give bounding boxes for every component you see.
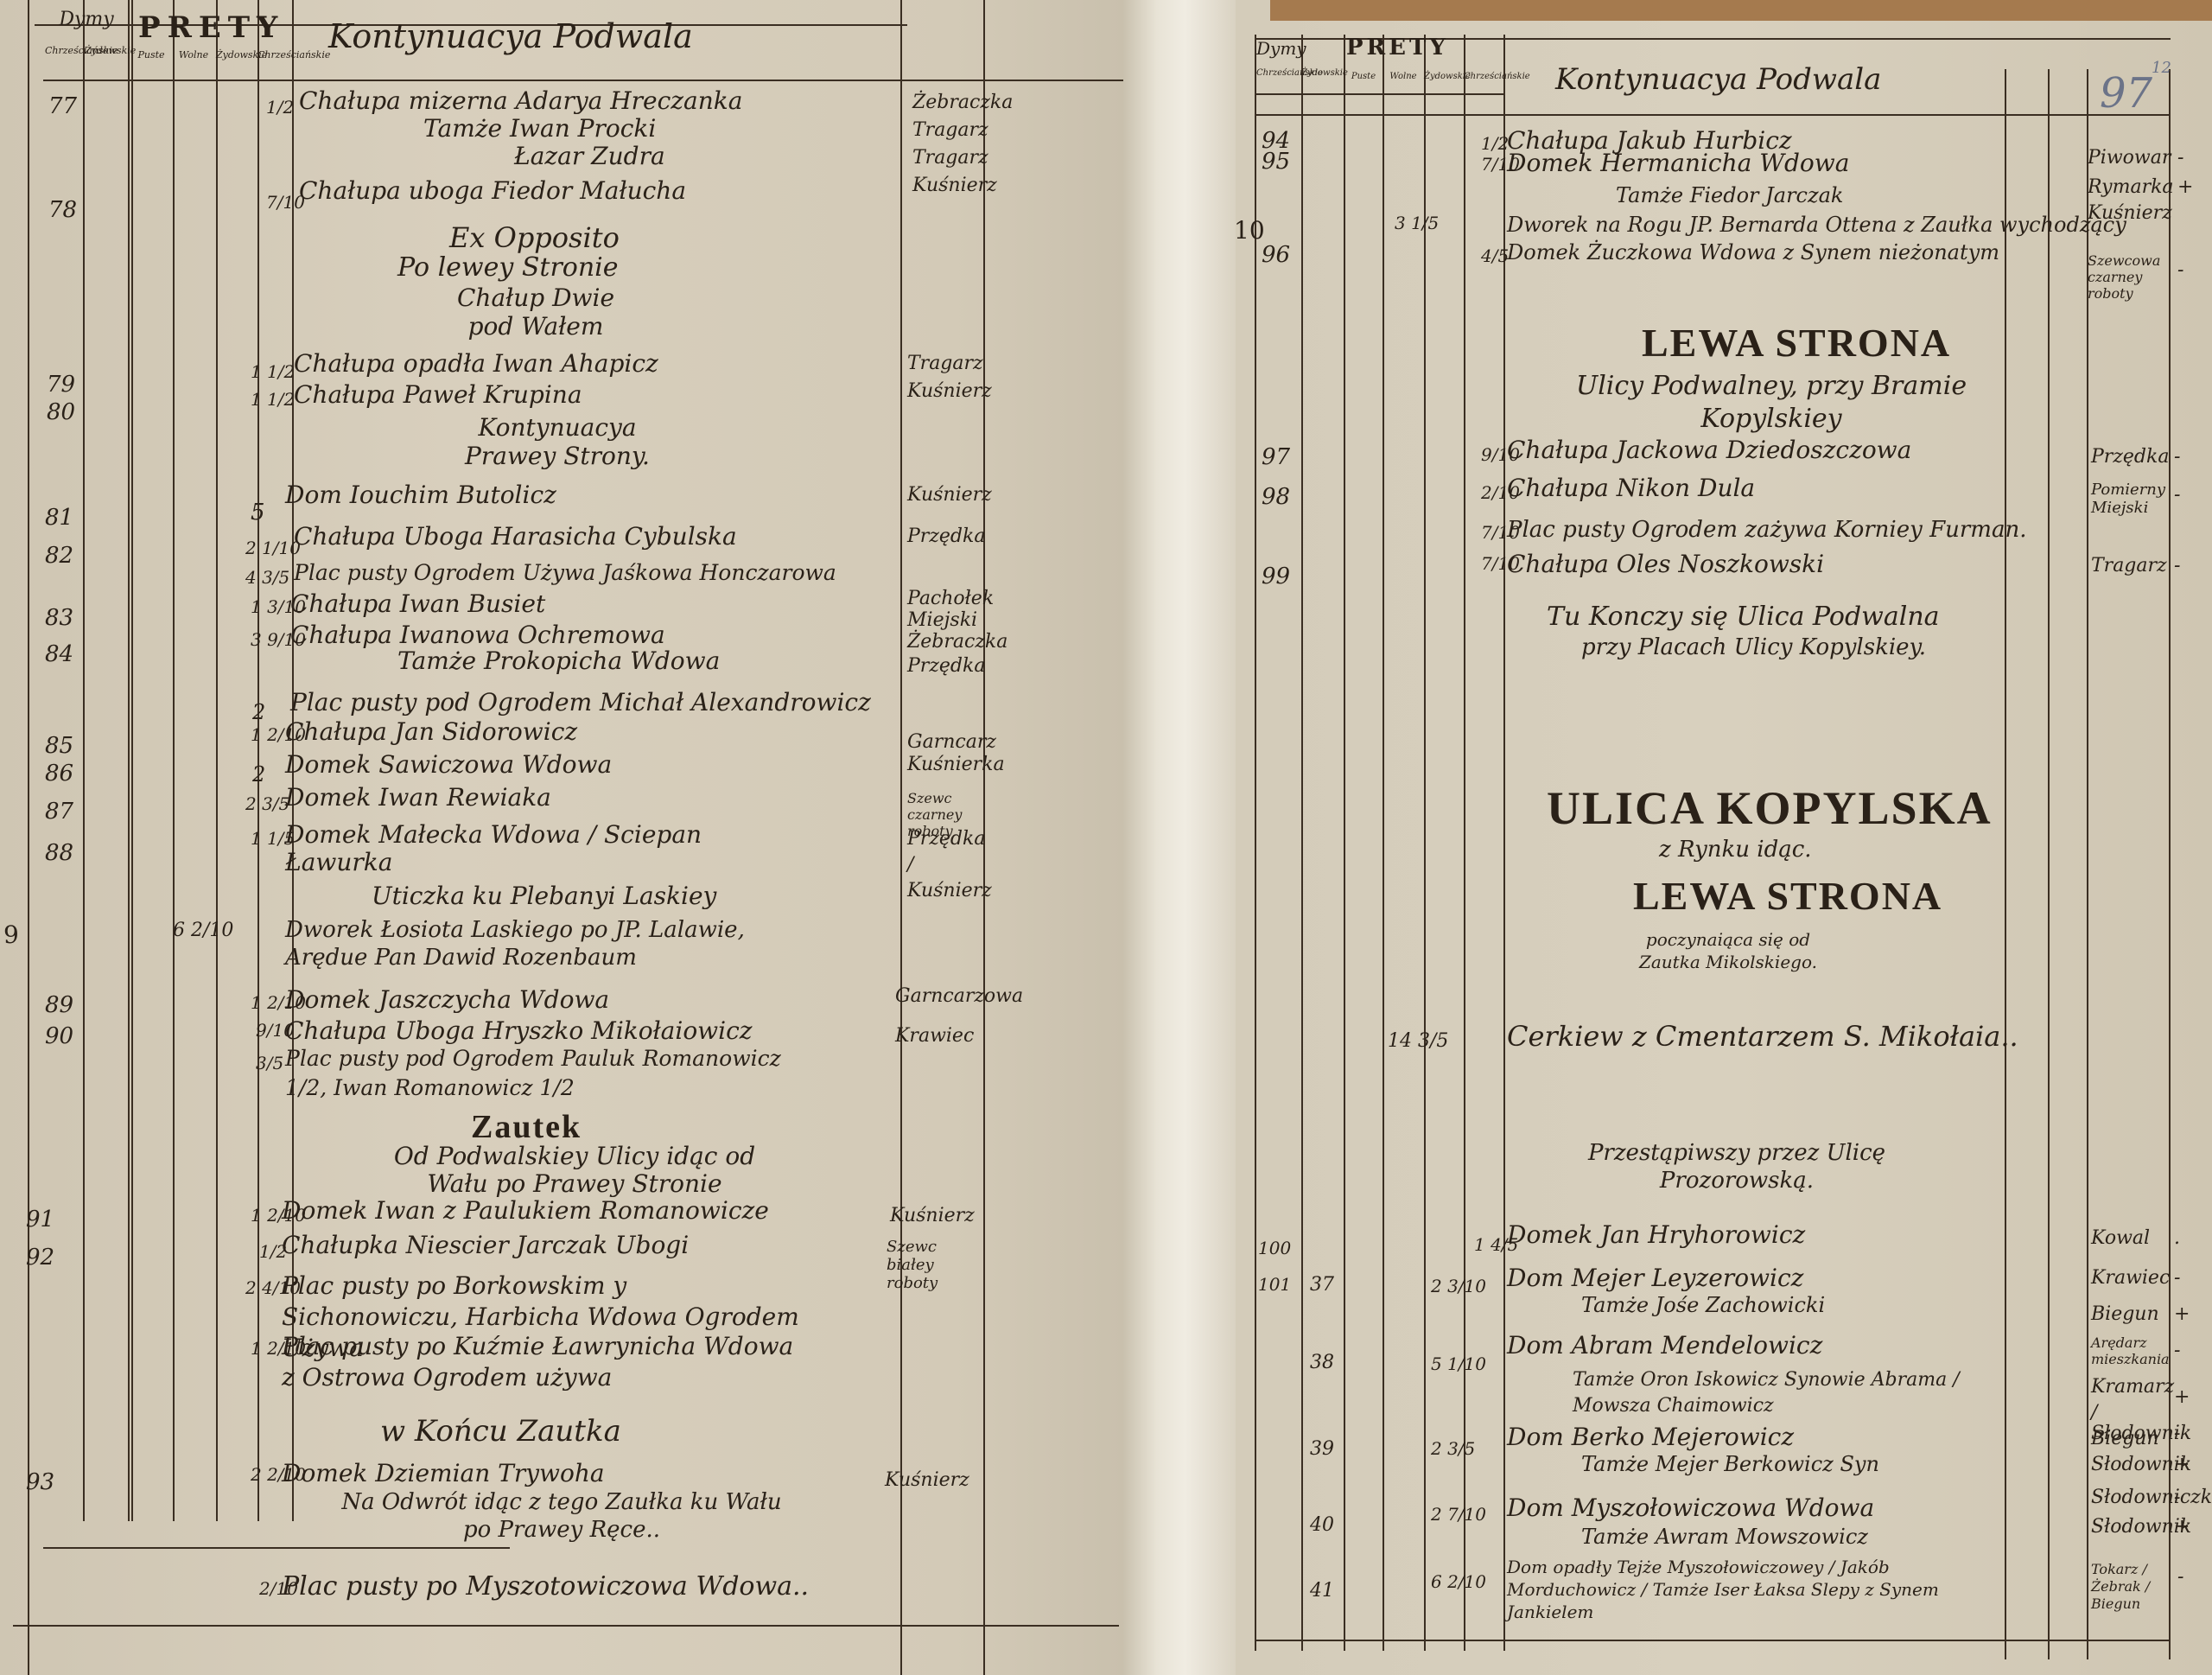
entry-text: Domek Jaszczycha Wdowa — [285, 985, 609, 1014]
prety-col-empty: Puste — [131, 48, 171, 62]
section-heading: poczynaiąca się od Zautka Mikolskiego. — [1633, 928, 1823, 973]
entry-text: Chałupa Paweł Krupina — [294, 380, 582, 409]
rule — [1301, 35, 1303, 1651]
jewish-area: 6 2/10 — [1431, 1571, 1486, 1592]
entry-text: Chałupa Jackowa Dziedoszczowa — [1507, 436, 1911, 464]
status-mark: - — [2174, 484, 2180, 506]
rule — [2087, 69, 2088, 1659]
occupation: Szewc białey roboty — [887, 1238, 973, 1292]
entry-text: Domek Iwan z Paulukiem Romanowicze — [282, 1196, 769, 1225]
rule — [43, 1547, 510, 1549]
occupation: Przędka — [907, 655, 985, 677]
occupation: Garncarz — [907, 731, 996, 753]
rule — [28, 0, 29, 1675]
status-mark: - — [2177, 259, 2183, 281]
house-number: 98 — [1262, 484, 1290, 510]
area-fraction: 4/5 — [1481, 245, 1509, 266]
section-heading: Ulicy Podwalney, przy Bramie Kopylskiey — [1564, 370, 1979, 436]
house-number: 90 — [45, 1023, 73, 1049]
folio-small: 12 — [2152, 59, 2171, 77]
house-number: 85 — [45, 733, 73, 759]
entry-text: Tamże Prokopicha Wdowa — [397, 646, 720, 675]
rule — [1255, 93, 1505, 95]
section-heading: Uticzka ku Plebanyi Laskiey — [372, 882, 716, 910]
section-heading: w Końcu Zautka — [380, 1414, 621, 1449]
rule — [900, 0, 902, 1675]
entry-text: Dom opadły Tejże Myszołowiczowey / Jakób… — [1507, 1556, 1999, 1623]
occupation: Tragarz — [912, 119, 988, 141]
entry-text: Tamże Iwan Procki — [423, 114, 656, 143]
occupation: Rymarka — [2088, 176, 2174, 198]
entry-text: Dom Mejer Leyzerowicz — [1507, 1264, 1803, 1292]
entry-text: Dom Berko Mejerowicz — [1507, 1423, 1794, 1451]
section-heading: Od Podwalskiey Ulicy idąc od Wału po Pra… — [372, 1143, 778, 1198]
occupation: Biegun — [2091, 1303, 2159, 1325]
folio-number: 97 — [2100, 69, 2152, 118]
entry-text: Tamże Awram Mowszowicz — [1581, 1525, 1868, 1549]
status-mark: - — [2174, 1267, 2180, 1289]
prety-col-christian: Chrześciańskie — [257, 48, 292, 62]
entry-text: Plac pusty Ogrodem Używa Jaśkowa Honczar… — [294, 560, 836, 585]
section-heading: Po lewey Stronie — [397, 252, 619, 283]
entry-text: Dom Abram Mendelowicz — [1507, 1331, 1822, 1360]
occupation: Kuśnierz — [890, 1205, 975, 1226]
prety-col-free: Wolne — [1382, 69, 1424, 84]
entry-text: Cerkiew z Cmentarzem S. Mikołaia.. — [1507, 1020, 2018, 1053]
rule — [1344, 35, 1345, 1651]
entry-text: Plac pusty po Myszotowiczowa Wdowa.. — [282, 1571, 809, 1602]
status-mark: - — [2174, 1340, 2180, 1361]
occupation: Tragarz — [907, 353, 983, 374]
rule — [83, 0, 85, 1521]
occupation: Garncarzowa — [895, 985, 973, 1007]
occupation: Kuśnierz — [885, 1469, 969, 1491]
wolne-area: 3 1/5 — [1395, 213, 1439, 233]
area-fraction: 2 1/10 — [245, 538, 301, 558]
area-fraction: 2 3/5 — [245, 793, 289, 814]
entry-text: Chałupa mizerna Adarya Hreczanka — [299, 86, 742, 115]
rule — [128, 0, 130, 1521]
page-title: Kontynuacya Podwala — [328, 17, 693, 55]
status-mark: + — [2174, 1454, 2190, 1475]
margin-number: 9 — [3, 920, 19, 949]
entry-text: Chałupa Iwanowa Ochremowa — [290, 621, 665, 649]
house-number: 87 — [45, 799, 73, 825]
house-number: 79 — [47, 372, 75, 398]
jewish-area: 2 3/5 — [1431, 1438, 1475, 1459]
occupation: Tokarz / Żebrak / Biegun — [2091, 1561, 2169, 1613]
section-heading: Na Odwrót idąc z tego Zaułka ku Wału po … — [337, 1488, 786, 1544]
jewish-area: 2 7/10 — [1431, 1504, 1486, 1525]
house-number: 89 — [45, 992, 73, 1018]
status-mark: + — [2174, 1303, 2190, 1325]
house-number: 86 — [45, 761, 73, 787]
area-fraction: 1/2 — [1481, 133, 1509, 154]
entry-text: Chałupka Niescier Jarczak Ubogi — [282, 1231, 689, 1259]
entry-text: Domek Dziemian Trywoha — [282, 1459, 605, 1487]
section-heading: Przestąpiwszy przez Ulicę Prozorowską. — [1581, 1139, 1892, 1194]
house-number: 96 — [1262, 242, 1290, 268]
occupation: Żebraczka — [907, 631, 1007, 653]
occupation: Przędka / Kuśnierz — [907, 826, 976, 904]
house-number: 80 — [47, 399, 75, 425]
house-number: 84 — [45, 641, 73, 667]
rule — [173, 0, 175, 1521]
occupation: Krawiec — [895, 1025, 974, 1047]
entry-text: Domek Hermanicha Wdowa — [1507, 149, 1849, 177]
rule — [1255, 35, 1256, 1651]
area-fraction: 4 3/5 — [245, 567, 289, 588]
margin-number: 10 — [1234, 216, 1265, 245]
house-number: 77 — [48, 93, 77, 119]
entry-text: Tamże Jośe Zachowicki — [1581, 1293, 1825, 1317]
area-fraction: 3/5 — [256, 1053, 283, 1073]
rule — [1424, 35, 1426, 1651]
rule — [2005, 69, 2006, 1659]
dymy-col-christian: Chrześciańskie — [45, 43, 85, 58]
status-mark: - — [2174, 1487, 2180, 1508]
jewish-household-number: 38 — [1310, 1352, 1334, 1373]
entry-text: Plac pusty pod Ogrodem Michał Alexandrow… — [290, 688, 871, 716]
jewish-area: 5 1/10 — [1431, 1353, 1486, 1374]
rule — [13, 1625, 1119, 1627]
house-number: 81 — [45, 505, 73, 531]
rule — [43, 80, 1123, 81]
area-fraction: 1/2 — [266, 97, 294, 118]
area-fraction: 2 — [252, 700, 265, 724]
rule — [216, 0, 218, 1521]
rule — [131, 0, 133, 1521]
entry-text: Chałupa Uboga Harasicha Cybulska — [294, 522, 737, 551]
status-mark: - — [2177, 147, 2183, 169]
entry-text: Chałupa Nikon Dula — [1507, 474, 1755, 502]
entry-text: Dworek Łosiota Laskiego po JP. Lalawie, … — [285, 916, 804, 971]
status-mark: - — [2174, 1423, 2180, 1444]
jewish-household-number: 40 — [1310, 1514, 1334, 1536]
house-number: 99 — [1262, 564, 1290, 589]
rule — [1464, 35, 1465, 1651]
rule — [2169, 69, 2171, 1659]
occupation: Piwowar — [2088, 147, 2171, 169]
occupation: Pomierny Miejski — [2091, 481, 2169, 517]
entry-text: Domek Sawiczowa Wdowa — [285, 750, 612, 779]
occupation: Tragarz — [2091, 555, 2167, 576]
entry-text: Domek Małecka Wdowa / Sciepan Ławurka — [285, 821, 769, 876]
house-number: 101 — [1258, 1274, 1291, 1295]
rule — [1503, 35, 1505, 1651]
occupation: Przędka — [907, 525, 985, 547]
section-heading: LEWA STRONA — [1633, 873, 1942, 919]
entry-text: Dom Myszołowiczowa Wdowa — [1507, 1493, 1874, 1522]
occupation: Arędarz mieszkania — [2091, 1334, 2169, 1367]
entry-text: Plac pusty Ogrodem zażywa Korniey Furman… — [1507, 517, 2026, 543]
house-number: 95 — [1262, 149, 1290, 175]
status-mark: + — [2174, 1516, 2190, 1538]
house-number: 100 — [1258, 1238, 1291, 1258]
section-heading: Ex Opposito — [449, 221, 620, 254]
rule — [1255, 114, 2171, 116]
entry-text: Plac pusty pod Ogrodem Pauluk Romanowicz… — [285, 1044, 804, 1103]
section-heading: Chałup Dwie pod Wałem — [432, 283, 639, 341]
occupation: Kuśnierz — [907, 380, 992, 402]
entry-text: Tamże Oron Iskowicz Synowie Abrama / Mow… — [1573, 1367, 2005, 1419]
book-gutter — [1123, 0, 1236, 1675]
prety-col-christian: Chrześciańskie — [1464, 69, 1503, 84]
prety-header: PRETY — [138, 10, 284, 45]
house-number: 88 — [45, 840, 73, 866]
dymy-col-christian: Chrześciańskie — [1256, 66, 1301, 80]
rule — [2048, 69, 2050, 1659]
rule — [1382, 35, 1384, 1651]
book-edge — [1270, 0, 2212, 21]
section-heading: Tu Konczy się Ulica Podwalna — [1547, 602, 1940, 632]
entry-text: Domek Iwan Rewiaka — [285, 783, 551, 812]
occupation: Kuśnierka — [907, 754, 1005, 775]
section-heading: z Rynku idąc. — [1659, 837, 1812, 863]
status-mark: - — [2174, 555, 2180, 576]
house-number: 78 — [48, 197, 77, 223]
area-fraction: 5 — [251, 500, 265, 525]
occupation: Kowal — [2091, 1227, 2150, 1249]
entry-text: Chałupa Iwan Busiet — [290, 589, 545, 618]
occupation: Kuśnierz — [907, 484, 992, 506]
prety-col-jewish: Żydowskie — [216, 48, 257, 62]
area-fraction: 1 1/2 — [251, 361, 295, 382]
occupation: Przędka — [2091, 446, 2169, 468]
occupation: Żebraczka — [912, 92, 1013, 113]
entry-text: Łazar Zudra — [514, 142, 665, 170]
right-page: Dymy Chrześciańskie Żydowskie PRETY Pust… — [1236, 0, 2212, 1675]
rule — [1255, 1640, 2171, 1641]
entry-text: Chałupa Uboga Hryszko Mikołaiowicz — [285, 1016, 753, 1045]
section-heading: LEWA STRONA — [1642, 320, 1951, 366]
area-fraction: 1 1/2 — [251, 389, 295, 410]
prety-header: PRETY — [1346, 35, 1449, 61]
entry-text: Plac pusty po Kuźmie Ławrynicha Wdowa z … — [282, 1331, 800, 1393]
section-heading: Zautek — [471, 1108, 582, 1146]
house-number: 82 — [45, 543, 73, 569]
status-mark: . — [2174, 1227, 2180, 1249]
entry-text: Dworek na Rogu JP. Bernarda Ottena z Zau… — [1507, 213, 2126, 237]
section-heading: Kontynuacya Prawey Strony. — [432, 413, 683, 470]
occupation: Szewcowa czarney roboty — [2088, 252, 2165, 302]
dymy-col-jewish: Żydowskie — [85, 43, 128, 58]
house-number: 83 — [45, 605, 73, 631]
status-mark: - — [2174, 446, 2180, 468]
entry-text: Domek Jan Hryhorowicz — [1507, 1220, 1805, 1249]
entry-text: Tamże Mejer Berkowicz Syn — [1581, 1452, 1879, 1476]
left-page: Dymy Chrześciańskie Żydowskie PRETY Pust… — [0, 0, 1123, 1675]
dymy-col-jewish: Żydowskie — [1301, 66, 1344, 80]
entry-text: Dom Iouchim Butolicz — [285, 481, 556, 509]
prety-col-empty: Puste — [1344, 69, 1382, 84]
jewish-household-number: 41 — [1310, 1580, 1334, 1602]
entry-text: Chałupa uboga Fiedor Małucha — [299, 176, 686, 205]
dymy-header: Dymy — [45, 12, 128, 27]
entry-text: Tamże Fiedor Jarczak — [1616, 183, 1843, 207]
status-mark: - — [2177, 1566, 2183, 1588]
occupation: Pachołek Miejski — [907, 588, 976, 631]
house-number: 93 — [26, 1469, 54, 1495]
dymy-header: Dymy — [1256, 41, 1303, 56]
status-mark: + — [2177, 176, 2193, 198]
jewish-household-number: 37 — [1310, 1274, 1334, 1296]
section-heading: przy Placach Ulicy Kopylskiey. — [1581, 634, 1926, 660]
page-title: Kontynuacya Podwala — [1555, 62, 1881, 97]
area-fraction: 2 — [252, 762, 265, 787]
entry-text: Chałupa opadła Iwan Ahapicz — [294, 349, 658, 378]
entry-text: Domek Żuczkowa Wdowa z Synem nieżonatym — [1507, 240, 1999, 264]
occupation: Krawiec — [2091, 1267, 2170, 1289]
street-heading: ULICA KOPYLSKA — [1547, 781, 1993, 835]
occupation: Kuśnierz — [912, 175, 997, 196]
entry-text: Chałupa Jan Sidorowicz — [285, 717, 577, 746]
wolne-area: 6 2/10 — [173, 920, 233, 941]
house-number: 92 — [26, 1245, 54, 1271]
jewish-household-number: 39 — [1310, 1438, 1334, 1460]
house-number: 91 — [26, 1207, 54, 1232]
occupation: Tragarz — [912, 147, 988, 169]
entry-text: Chałupa Oles Noszkowski — [1507, 550, 1824, 578]
house-number: 97 — [1262, 444, 1290, 470]
status-mark: + — [2174, 1386, 2190, 1408]
jewish-area: 2 3/10 — [1431, 1276, 1486, 1296]
prety-col-jewish: Żydowskie — [1424, 69, 1464, 84]
prety-col-free: Wolne — [173, 48, 214, 62]
empty-area: 14 3/5 — [1388, 1030, 1448, 1052]
occupation: Słodowniczka — [2091, 1487, 2212, 1508]
